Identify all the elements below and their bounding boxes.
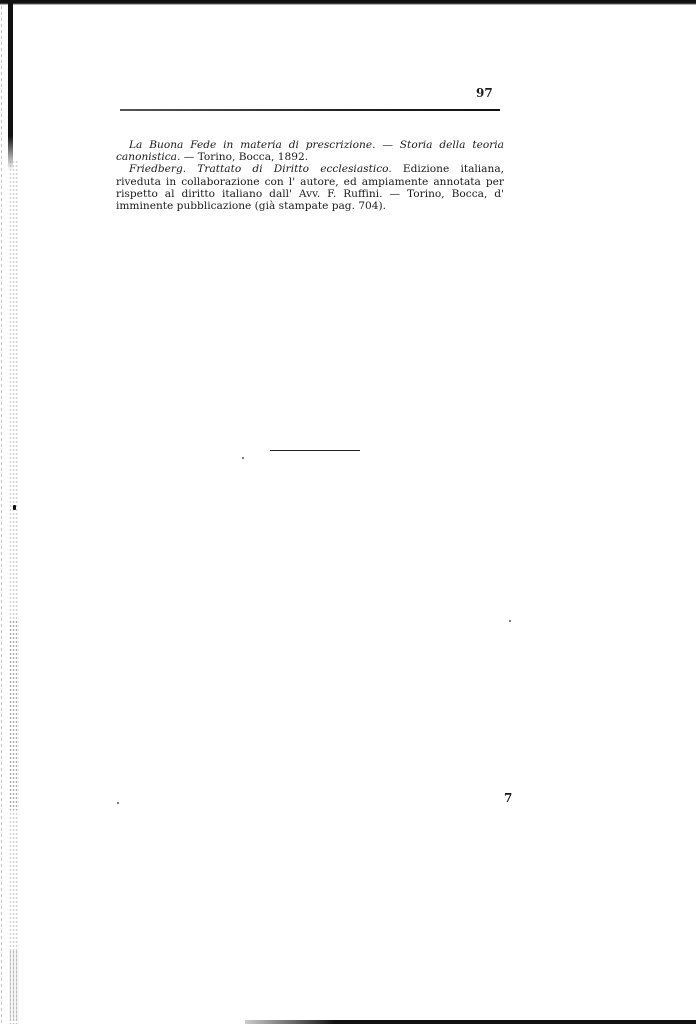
page-number: 97 (476, 86, 493, 100)
scan-dust (117, 802, 119, 804)
entry-publication: — Torino, Bocca, 1892. (180, 151, 308, 163)
scan-left-edge (8, 0, 13, 170)
entry-title: La Buona Fede in materia di prescrizione… (116, 139, 504, 163)
scan-dust (242, 457, 244, 459)
bibliography-list: La Buona Fede in materia di prescrizione… (116, 139, 504, 212)
bibliography-entry: Friedberg. Trattato di Diritto ecclesias… (116, 163, 504, 212)
scan-dust (13, 505, 16, 510)
signature-mark: 7 (504, 791, 512, 805)
scan-dust (509, 620, 511, 622)
bibliography-entry: La Buona Fede in materia di prescrizione… (116, 139, 504, 163)
scan-speckle (9, 620, 19, 810)
header-rule (120, 109, 500, 111)
section-rule (270, 450, 360, 451)
entry-title: Friedberg. Trattato di Diritto ecclesias… (129, 163, 392, 175)
scan-border (1, 0, 2, 1024)
scan-speckle (9, 950, 19, 1024)
scan-top-edge (0, 0, 696, 5)
scan-speckle (9, 160, 19, 1020)
scan-bottom-edge (245, 1020, 696, 1024)
